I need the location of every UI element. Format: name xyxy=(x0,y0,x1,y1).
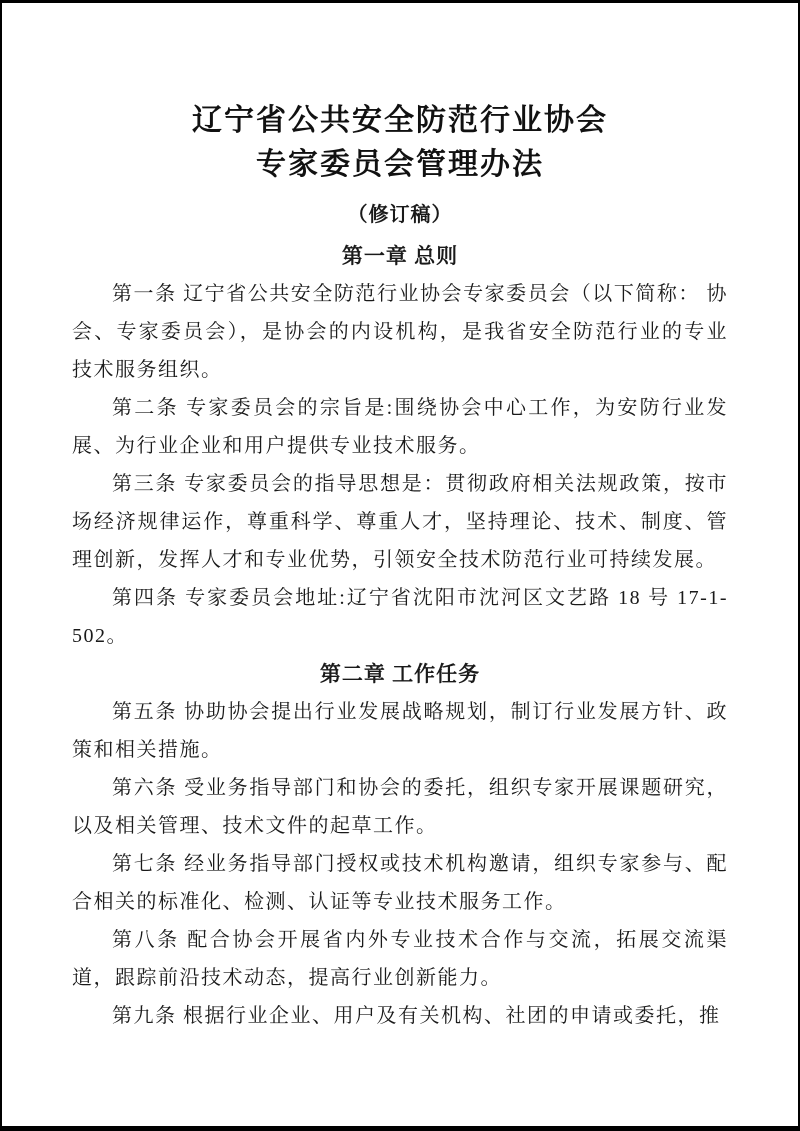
article-5-paragraph: 第五条 协助协会提出行业发展战略规划，制订行业发展方针、政策和相关措施。 xyxy=(72,693,728,769)
chapter-1-heading: 第一章 总则 xyxy=(72,237,728,275)
article-7-paragraph: 第七条 经业务指导部门授权或技术机构邀请，组织专家参与、配合相关的标准化、检测、… xyxy=(72,845,728,921)
document-subtitle: （修订稿） xyxy=(72,201,728,229)
article-8-paragraph: 第八条 配合协会开展省内外专业技术合作与交流，拓展交流渠道，跟踪前沿技术动态，提… xyxy=(72,921,728,997)
article-4-paragraph: 第四条 专家委员会地址:辽宁省沈阳市沈河区文艺路 18 号 17-1-502。 xyxy=(72,579,728,655)
article-2-paragraph: 第二条 专家委员会的宗旨是:围绕协会中心工作，为安防行业发展、为行业企业和用户提… xyxy=(72,389,728,465)
article-9-paragraph: 第九条 根据行业企业、用户及有关机构、社团的申请或委托，推 xyxy=(72,997,728,1035)
document-title-line-1: 辽宁省公共安全防范行业协会 xyxy=(72,99,728,143)
document-title-line-2: 专家委员会管理办法 xyxy=(72,143,728,187)
document-page: 辽宁省公共安全防范行业协会 专家委员会管理办法 （修订稿） 第一章 总则 第一条… xyxy=(0,0,800,1131)
article-3-paragraph: 第三条 专家委员会的指导思想是：贯彻政府相关法规政策，按市场经济规律运作，尊重科… xyxy=(72,465,728,579)
article-6-paragraph: 第六条 受业务指导部门和协会的委托，组织专家开展课题研究，以及相关管理、技术文件… xyxy=(72,769,728,845)
document-body: 第一章 总则 第一条 辽宁省公共安全防范行业协会专家委员会（以下简称： 协会、专… xyxy=(72,237,728,1035)
article-1-paragraph: 第一条 辽宁省公共安全防范行业协会专家委员会（以下简称： 协会、专家委员会），是… xyxy=(72,275,728,389)
chapter-2-heading: 第二章 工作任务 xyxy=(72,655,728,693)
document-header: 辽宁省公共安全防范行业协会 专家委员会管理办法 （修订稿） xyxy=(72,3,728,229)
